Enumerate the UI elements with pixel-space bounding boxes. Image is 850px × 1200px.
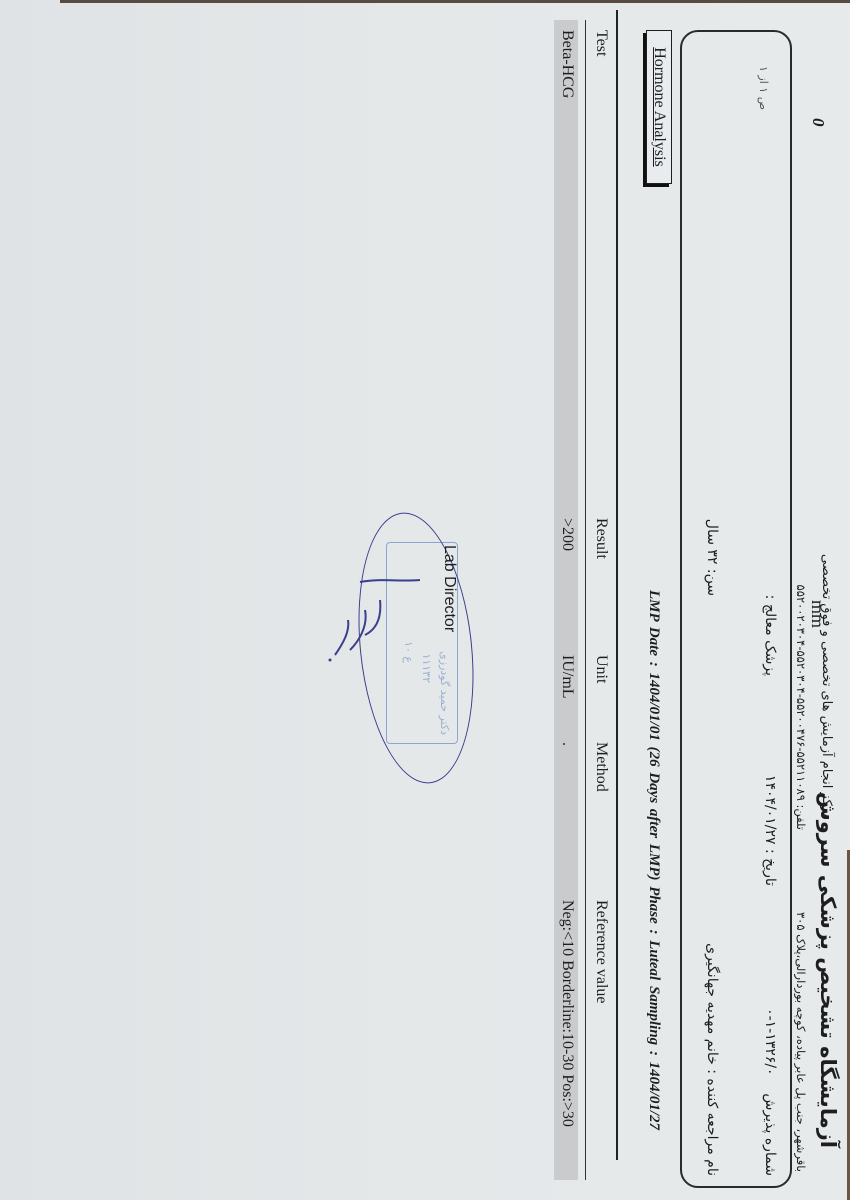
lab-director-label: Lab Director xyxy=(440,545,458,632)
name-value: خانم مهدیه جهانگیری xyxy=(704,943,720,1065)
column-header-method: Method xyxy=(592,742,610,792)
physician-label: پزشک معالج : xyxy=(762,595,778,676)
date-value: ۱۴۰۴/۰۱/۲۷ xyxy=(762,775,778,845)
cell-reference: Neg:<10 Borderline:10-30 Pos:>30 xyxy=(558,900,576,1127)
header-divider xyxy=(585,20,586,1180)
admission-label: شماره پذیرش xyxy=(762,1093,778,1176)
name-label: نام مراجعه کننده : xyxy=(704,1069,720,1176)
admission-number: شماره پذیرش ۱۳۲۶/۰-۱-۰ xyxy=(762,1008,778,1176)
date-label: تاریخ : xyxy=(762,849,778,886)
section-divider xyxy=(616,10,618,1160)
patient-age: سن: ۳۲ سال xyxy=(704,519,720,596)
lab-address: باقرشهر، جنب پل عابر پیاده، کوچه بوردارا… xyxy=(794,912,808,1172)
signature-mark xyxy=(310,560,420,700)
age-unit: سال xyxy=(704,519,720,545)
cell-test: Beta-HCG xyxy=(558,30,576,98)
lab-subtitle: مرکز انجام آزمایش های تخصصی و فوق تخصصی xyxy=(819,554,834,820)
column-header-test: Test xyxy=(592,30,610,56)
lab-phone: تلفن: ۵۵۲۱۱۰۸۹-۵۵۲۰۰۴۷۶-۵۵۲۰۳۰۴-۵۵۲۰۰۲۰۳… xyxy=(794,585,808,830)
page-number: ص ۱ از ۱ xyxy=(757,66,770,110)
age-value: ۳۲ xyxy=(704,549,720,564)
lab-report-page: آزمایشگاه تشخیص پزشکی سروش مرکز انجام آز… xyxy=(0,0,850,1200)
age-label: سن: xyxy=(704,569,720,596)
mm-label: mm xyxy=(807,600,828,628)
physician: پزشک معالج : xyxy=(762,595,778,676)
lab-name: آزمایشگاه تشخیص پزشکی سروش xyxy=(816,792,840,1148)
column-header-unit: Unit xyxy=(592,655,610,683)
admission-value: ۱۳۲۶/۰-۱-۰ xyxy=(762,1008,778,1076)
section-title: Hormone Analysis xyxy=(646,30,672,184)
column-header-result: Result xyxy=(592,518,610,559)
patient-info-box: شماره پذیرش ۱۳۲۶/۰-۱-۰ تاریخ : ۱۴۰۴/۰۱/۲… xyxy=(680,30,792,1188)
lmp-info: LMP Date : 1404/01/01 (26 Days after LMP… xyxy=(645,590,662,1130)
patient-name: نام مراجعه کننده : خانم مهدیه جهانگیری xyxy=(704,943,720,1176)
cell-method: . xyxy=(558,742,576,746)
report-date: تاریخ : ۱۴۰۴/۰۱/۲۷ xyxy=(762,775,778,886)
column-header-reference: Reference value xyxy=(592,900,610,1003)
cell-result: >200 xyxy=(558,518,576,551)
cell-unit: IU/mL xyxy=(558,655,576,699)
zero-label: 0 xyxy=(808,118,828,127)
